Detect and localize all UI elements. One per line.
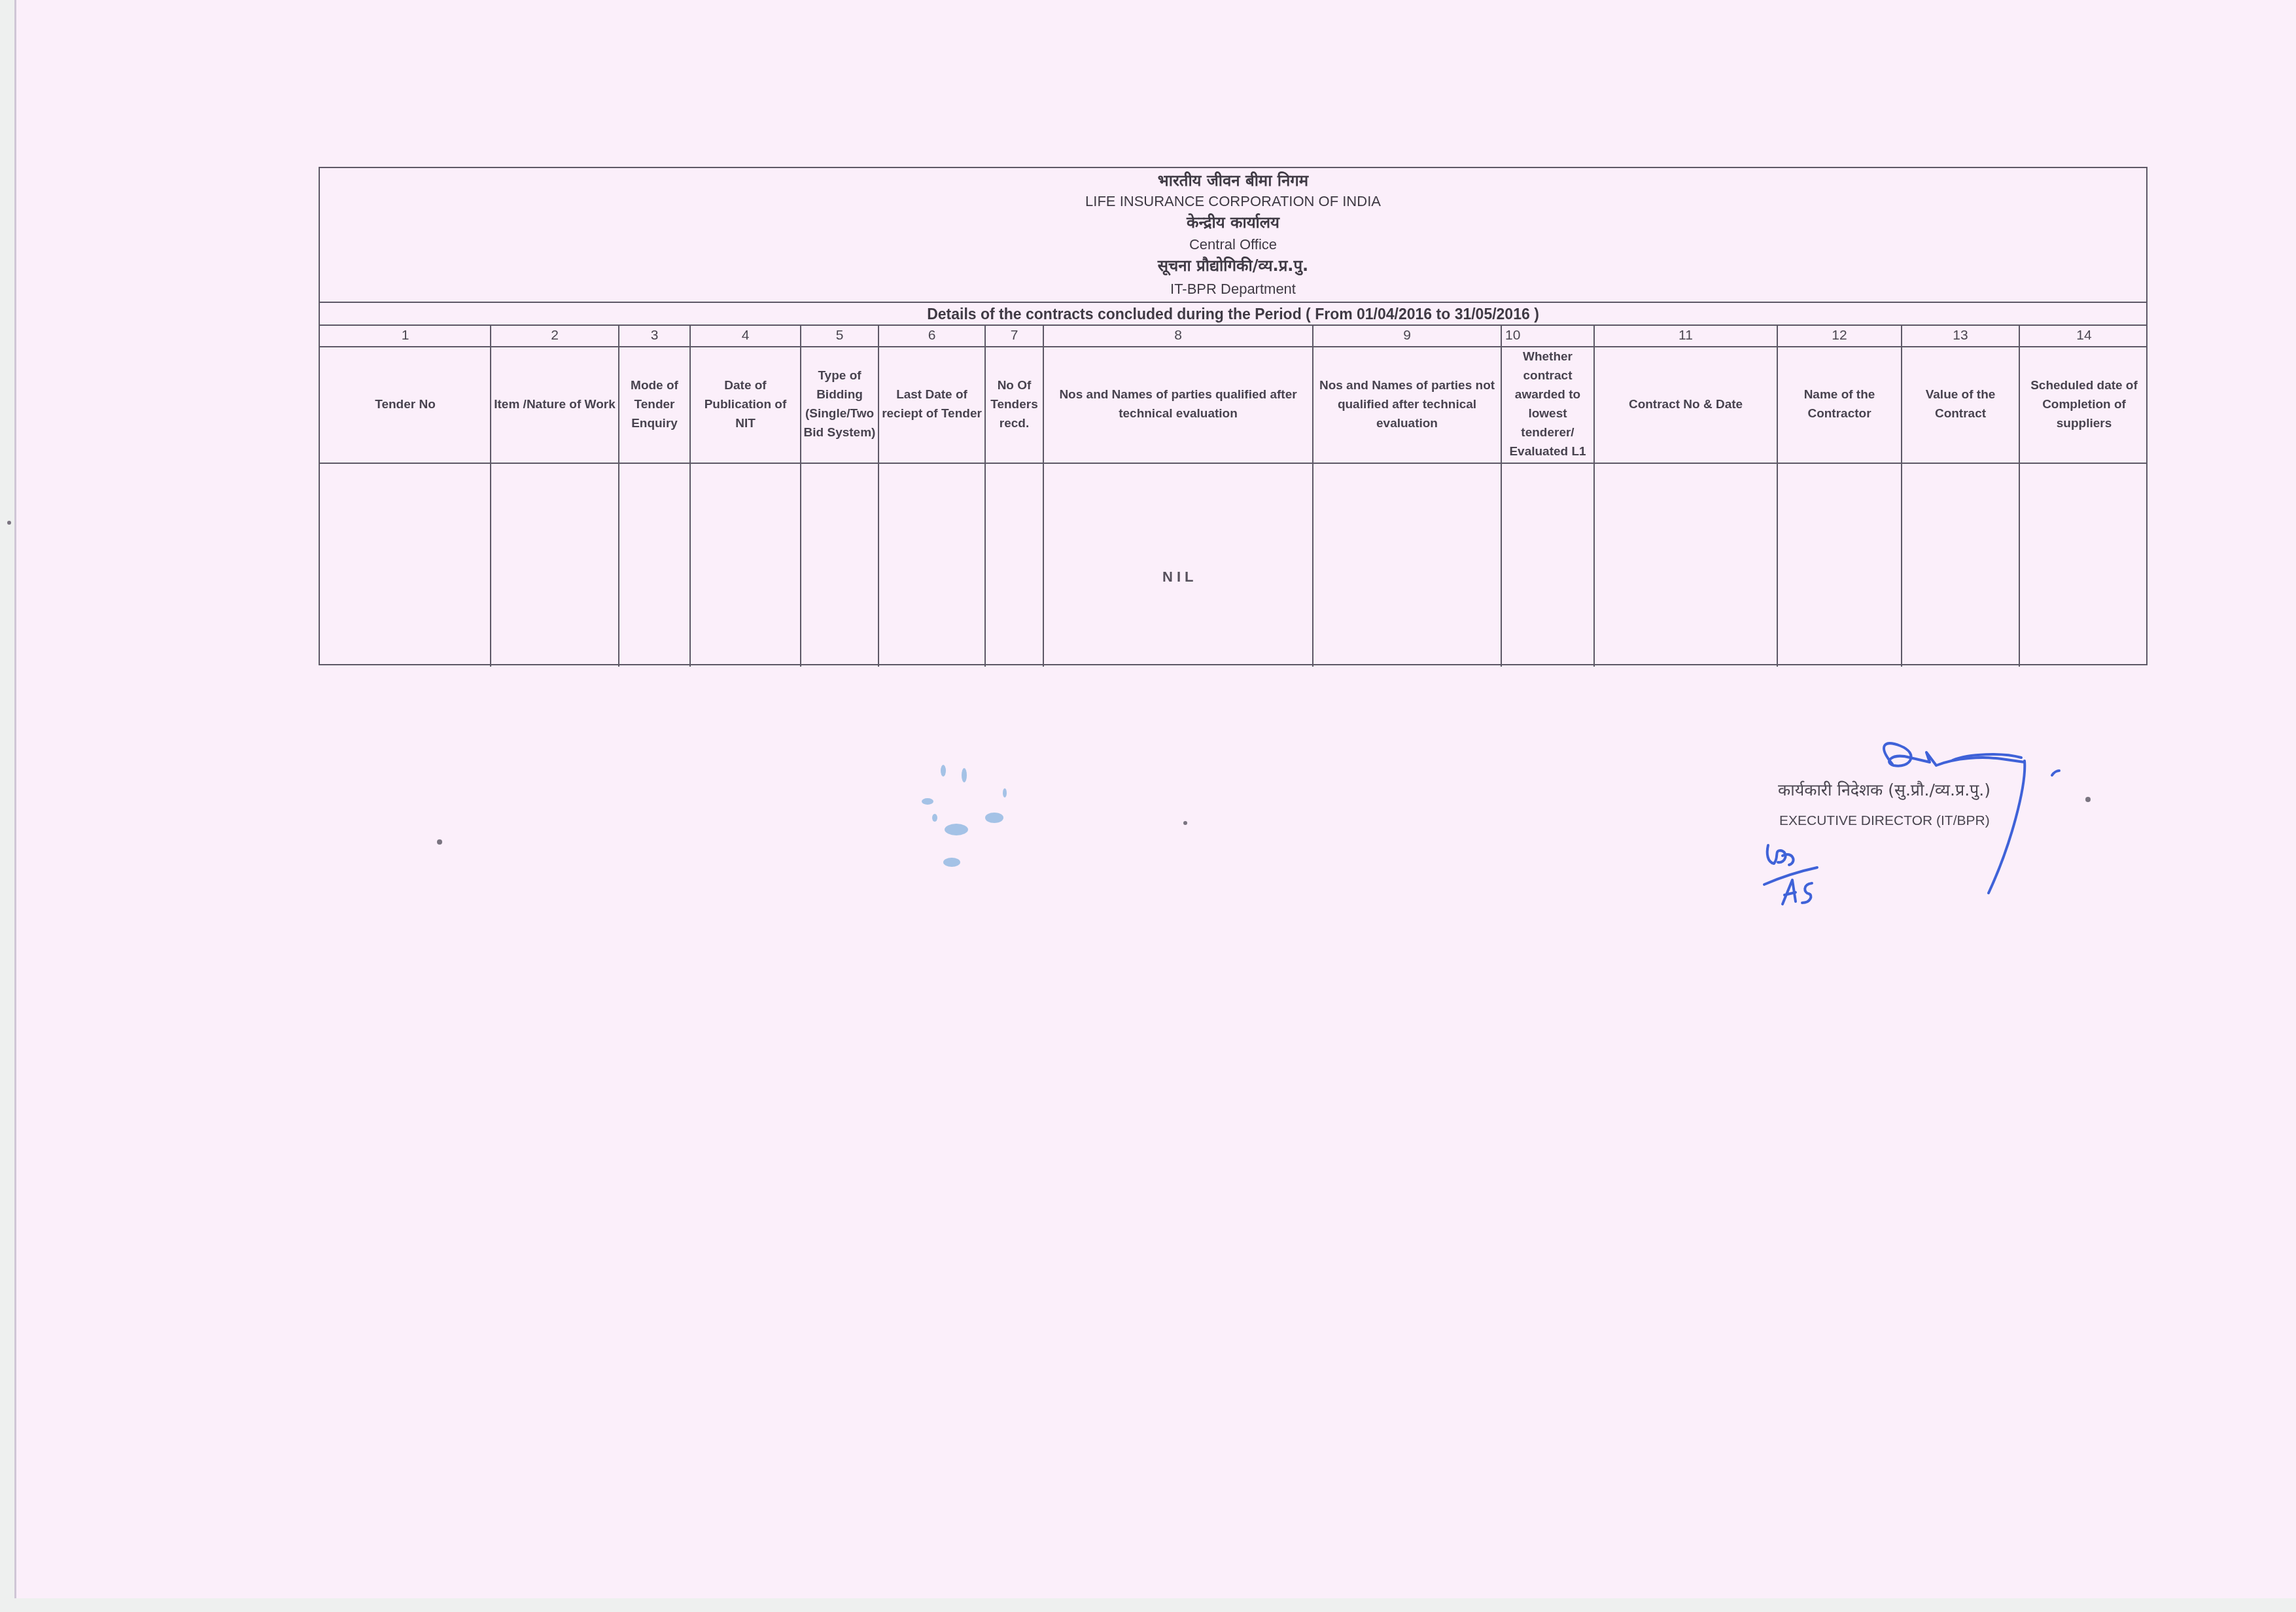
handwritten-signature-icon — [0, 0, 2296, 1612]
